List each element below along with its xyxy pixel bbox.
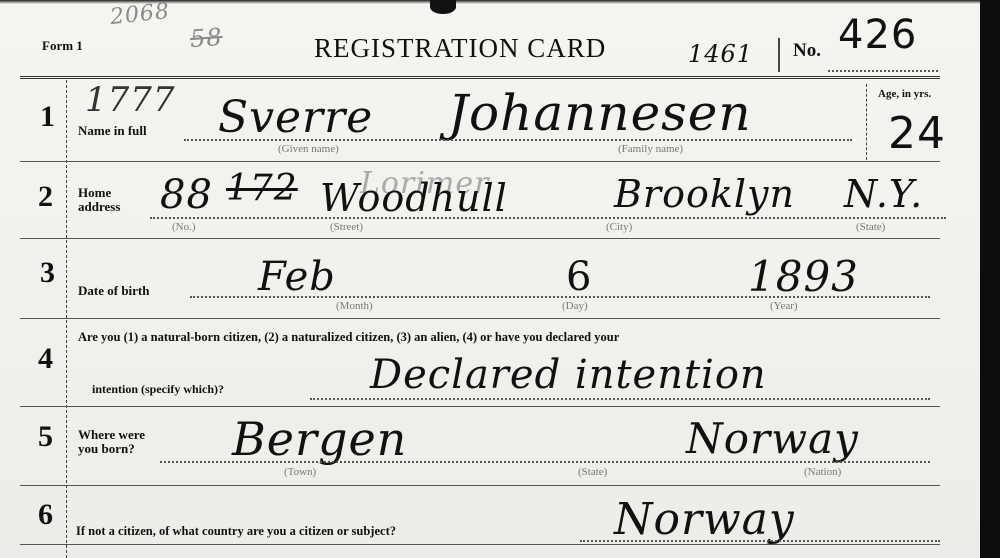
birth-year-value: 1893 — [748, 252, 859, 301]
home-address-label: Home address — [78, 186, 120, 214]
street-number-struck: 172 — [226, 168, 298, 209]
country-line — [580, 540, 940, 542]
city-value: Brooklyn — [614, 172, 795, 216]
row-number-4: 4 — [38, 342, 53, 376]
card-number: 426 — [838, 12, 917, 58]
given-name-sub: (Given name) — [278, 143, 339, 155]
birth-month-value: Feb — [258, 254, 336, 300]
name-prefix-note: 1777 — [85, 80, 176, 120]
ink-blot — [430, 0, 456, 14]
row-4-rule — [20, 406, 940, 407]
scan-border — [980, 0, 1000, 558]
age-value: 24 — [888, 108, 946, 159]
header-divider — [778, 38, 780, 72]
sub-nation: (Nation) — [804, 466, 841, 478]
citizenship-question: Are you (1) a natural-born citizen, (2) … — [78, 330, 619, 345]
birthplace-line — [160, 461, 930, 463]
card-title: REGISTRATION CARD — [314, 33, 606, 64]
sub-state-2: (State) — [578, 466, 607, 478]
birth-town-value: Bergen — [232, 412, 407, 466]
row-number-5: 5 — [38, 420, 53, 454]
street-value: Woodhull — [320, 176, 508, 220]
row-1-rule — [20, 161, 940, 162]
birthplace-label-line1: Where were — [78, 428, 145, 442]
sub-town: (Town) — [284, 466, 316, 478]
birth-day-value: 6 — [566, 254, 592, 300]
birth-nation-value: Norway — [686, 414, 859, 463]
country-question: If not a citizen, of what country are yo… — [76, 524, 396, 539]
birth-line — [190, 296, 930, 298]
form-label: Form 1 — [42, 38, 83, 54]
sub-month: (Month) — [336, 300, 373, 312]
given-name-value: Sverre — [218, 92, 373, 143]
sub-year: (Year) — [770, 300, 798, 312]
country-answer: Norway — [614, 494, 795, 545]
row-number-1: 1 — [40, 100, 55, 134]
left-margin-rule — [66, 80, 67, 558]
sub-no: (No.) — [172, 221, 196, 233]
number-line — [828, 70, 938, 72]
age-label: Age, in yrs. — [878, 88, 931, 100]
home-address-label-line2: address — [78, 200, 120, 214]
birthplace-label: Where were you born? — [78, 428, 145, 456]
header-rule — [20, 76, 940, 79]
state-value: N.Y. — [844, 172, 923, 216]
birthplace-label-line2: you born? — [78, 442, 145, 456]
sub-state: (State) — [856, 221, 885, 233]
age-divider — [866, 84, 867, 160]
registration-card: 2068 58 Form 1 REGISTRATION CARD 1461 No… — [0, 0, 980, 558]
name-label: Name in full — [78, 123, 147, 139]
citizenship-question-line2: intention (specify which)? — [92, 382, 224, 397]
name-line — [184, 139, 852, 141]
citizenship-answer: Declared intention — [370, 352, 767, 398]
row-5-rule — [20, 485, 940, 486]
row-3-rule — [20, 318, 940, 319]
row-number-3: 3 — [40, 256, 55, 290]
family-name-sub: (Family name) — [618, 143, 683, 155]
date-of-birth-label: Date of birth — [78, 283, 150, 299]
home-address-label-line1: Home — [78, 186, 120, 200]
row-number-2: 2 — [38, 180, 53, 214]
serial-number: 1461 — [688, 40, 753, 68]
margin-note-1: 2068 — [109, 0, 171, 30]
address-line — [150, 217, 946, 219]
street-number-value: 88 — [160, 172, 213, 218]
row-number-6: 6 — [38, 498, 53, 532]
sub-day: (Day) — [562, 300, 588, 312]
row-6-rule — [20, 544, 940, 545]
margin-note-2: 58 — [189, 23, 223, 53]
citizenship-line — [310, 398, 930, 400]
family-name-value: Johannesen — [448, 84, 752, 142]
sub-city: (City) — [606, 221, 632, 233]
row-2-rule — [20, 238, 940, 239]
number-label: No. — [793, 40, 821, 62]
sub-street: (Street) — [330, 221, 363, 233]
